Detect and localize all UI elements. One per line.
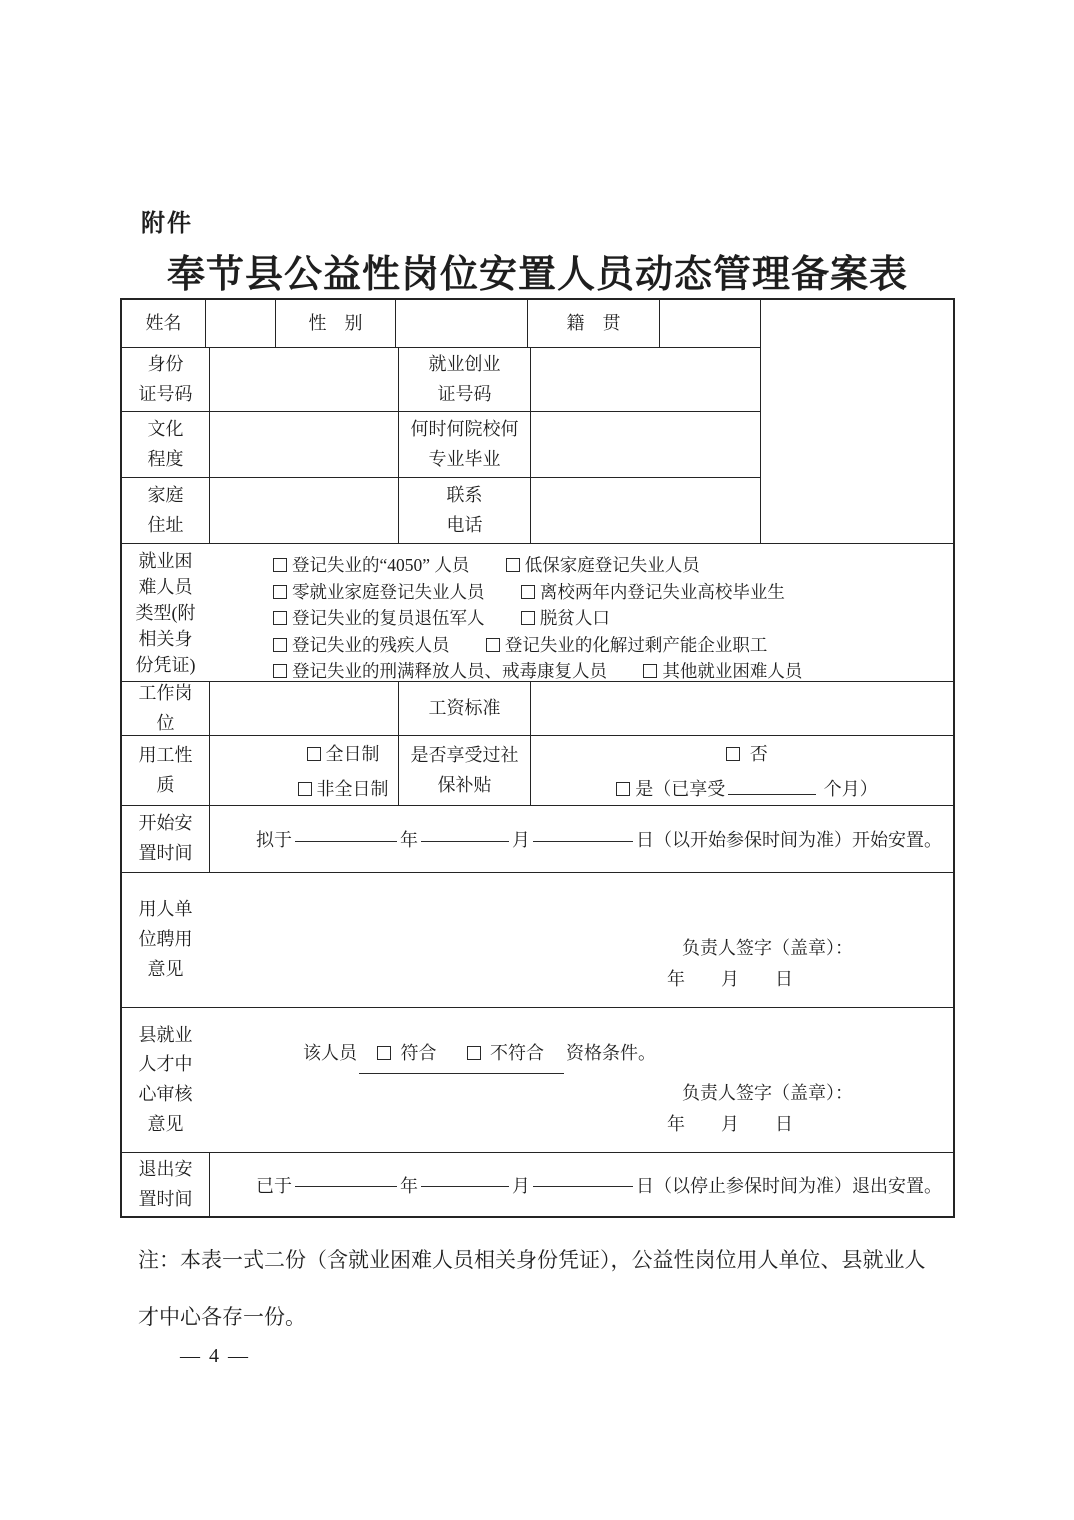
employment-cert-label: 就业创业 证号码 <box>398 348 530 411</box>
row-job-salary: 工作岗 位 工资标准 <box>122 681 953 735</box>
exit-year-blank[interactable] <box>295 1182 397 1187</box>
row-start-time: 开始安 置时间 拟于年月日（以开始参保时间为准）开始安置。 <box>122 805 953 872</box>
checkbox-qualified-icon[interactable] <box>377 1046 391 1060</box>
start-month-label: 月 <box>512 826 530 852</box>
option-zero-employment-family: 零就业家庭登记失业人员 <box>292 582 485 602</box>
subsidy-no-label: 否 <box>750 744 768 764</box>
option-poverty-alleviated: 脱贫人口 <box>540 608 610 628</box>
row-work-nature: 用工性 质 全日制 非全日制 是否享受过社 保补贴 否 是（已享受 个月） <box>122 735 953 805</box>
row-id-numbers: 身份 证号码 就业创业 证号码 <box>122 347 760 411</box>
work-nature-label: 用工性 质 <box>122 736 209 805</box>
start-year-label: 年 <box>400 826 418 852</box>
start-day-blank[interactable] <box>533 837 633 842</box>
checkbox-poverty-alleviated-icon[interactable] <box>521 611 535 625</box>
native-place-label: 籍 贯 <box>527 300 659 347</box>
id-number-input-cell[interactable] <box>209 348 398 411</box>
review-sign-label: 负责人签字（盖章）： <box>209 1078 953 1109</box>
exit-month-blank[interactable] <box>421 1182 509 1187</box>
review-date-label: 年 月 日 <box>209 1109 953 1140</box>
not-qualified-label: 不符合 <box>490 1043 544 1063</box>
checkbox-zero-employment-family-icon[interactable] <box>273 585 287 599</box>
subsidy-question-label: 是否享受过社 保补贴 <box>398 736 530 805</box>
exit-day-blank[interactable] <box>533 1182 633 1187</box>
exit-suffix: 日（以停止参保时间为准）退出安置。 <box>636 1172 942 1198</box>
checkbox-part-time-icon[interactable] <box>298 782 312 796</box>
difficulty-line: 登记失业的刑满释放人员、戒毒康复人员 其他就业困难人员 <box>273 658 953 685</box>
checkbox-lowincome-family-icon[interactable] <box>506 558 520 572</box>
start-suffix: 日（以开始参保时间为准）开始安置。 <box>636 826 942 852</box>
name-input-cell[interactable] <box>205 300 275 347</box>
checkbox-full-time-icon[interactable] <box>307 747 321 761</box>
salary-standard-label: 工资标准 <box>398 682 530 735</box>
full-time-option: 全日制 <box>307 740 380 766</box>
top-section: 姓名 性 别 籍 贯 身份 证号码 就业创业 证号码 文化 程度 <box>122 300 953 543</box>
difficulty-line: 登记失业的残疾人员 登记失业的化解过剩产能企业职工 <box>273 632 953 659</box>
id-number-label: 身份 证号码 <box>122 348 209 411</box>
full-time-label: 全日制 <box>326 744 380 764</box>
start-time-content: 拟于年月日（以开始参保时间为准）开始安置。 <box>209 806 953 872</box>
review-suffix: 资格条件。 <box>566 1043 656 1063</box>
center-review-label: 县就业 人才中 心审核 意见 <box>122 1008 209 1152</box>
checkbox-other-difficulty-icon[interactable] <box>643 664 657 678</box>
option-other-difficulty: 其他就业困难人员 <box>662 661 802 681</box>
address-label: 家庭 住址 <box>122 478 209 543</box>
footnote-line1: 注：本表一式二份（含就业困难人员相关身份凭证），公益性岗位用人单位、县就业人 <box>138 1232 958 1289</box>
checkbox-overcapacity-worker-icon[interactable] <box>486 638 500 652</box>
document-page: 附件 奉节县公益性岗位安置人员动态管理备案表 姓名 性 别 籍 贯 身份 证号码 <box>0 0 1074 1520</box>
option-overcapacity-worker: 登记失业的化解过剩产能企业职工 <box>505 635 768 655</box>
education-label: 文化 程度 <box>122 412 209 477</box>
address-input-cell[interactable] <box>209 478 398 543</box>
option-lowincome-family: 低保家庭登记失业人员 <box>525 555 700 575</box>
work-nature-options: 全日制 非全日制 <box>209 736 398 805</box>
row-name-gender-native: 姓名 性 别 籍 贯 <box>122 300 760 347</box>
subsidy-months-blank[interactable] <box>728 790 816 795</box>
row-education: 文化 程度 何时何院校何 专业毕业 <box>122 411 760 477</box>
checkbox-disabled-icon[interactable] <box>273 638 287 652</box>
phone-input-cell[interactable] <box>530 478 760 543</box>
checkbox-subsidy-yes-icon[interactable] <box>616 782 630 796</box>
start-time-label: 开始安 置时间 <box>122 806 209 872</box>
subsidy-no-option: 否 <box>726 740 768 766</box>
row-address-phone: 家庭 住址 联系 电话 <box>122 477 760 543</box>
checkbox-released-rehab-icon[interactable] <box>273 664 287 678</box>
exit-time-content: 已于年月日（以停止参保时间为准）退出安置。 <box>209 1153 953 1216</box>
gender-input-cell[interactable] <box>395 300 527 347</box>
checkbox-subsidy-no-icon[interactable] <box>726 747 740 761</box>
difficulty-line: 零就业家庭登记失业人员 离校两年内登记失业高校毕业生 <box>273 579 953 606</box>
graduation-label: 何时何院校何 专业毕业 <box>398 412 530 477</box>
option-disabled: 登记失业的残疾人员 <box>292 635 450 655</box>
difficulty-line: 登记失业的复员退伍军人 脱贫人口 <box>273 605 953 632</box>
qualified-label: 符合 <box>401 1043 437 1063</box>
exit-year-label: 年 <box>400 1172 418 1198</box>
start-prefix: 拟于 <box>256 826 292 852</box>
review-statement: 该人员 符合 不符合资格条件。 <box>209 1036 953 1074</box>
form-table: 姓名 性 别 籍 贯 身份 证号码 就业创业 证号码 文化 程度 <box>120 298 955 1218</box>
name-label: 姓名 <box>122 300 205 347</box>
subsidy-yes-suffix: 个月） <box>824 779 878 799</box>
subsidy-yes-option: 是（已享受 个月） <box>616 775 878 801</box>
employment-cert-input-cell[interactable] <box>530 348 760 411</box>
start-year-blank[interactable] <box>295 837 397 842</box>
difficulty-type-label: 就业困 难人员 类型(附 相关身 份凭证) <box>122 544 209 681</box>
checkbox-not-qualified-icon[interactable] <box>467 1046 481 1060</box>
checkbox-veteran-icon[interactable] <box>273 611 287 625</box>
native-place-input-cell[interactable] <box>659 300 760 347</box>
center-review-cell[interactable]: 该人员 符合 不符合资格条件。 负责人签字（盖章）： 年 月 日 <box>209 1008 953 1152</box>
attachment-label: 附件 <box>141 203 193 238</box>
job-position-label: 工作岗 位 <box>122 682 209 735</box>
exit-prefix: 已于 <box>256 1172 292 1198</box>
employer-date-label: 年 月 日 <box>209 964 953 995</box>
option-released-rehab: 登记失业的刑满释放人员、戒毒康复人员 <box>292 661 607 681</box>
graduation-input-cell[interactable] <box>530 412 760 477</box>
difficulty-line: 登记失业的“4050” 人员 低保家庭登记失业人员 <box>273 552 953 579</box>
checkbox-recent-graduate-icon[interactable] <box>521 585 535 599</box>
exit-month-label: 月 <box>512 1172 530 1198</box>
photo-area <box>760 300 953 543</box>
row-employer-opinion: 用人单 位聘用 意见 负责人签字（盖章）： 年 月 日 <box>122 872 953 1007</box>
difficulty-options: 登记失业的“4050” 人员 低保家庭登记失业人员 零就业家庭登记失业人员 离校… <box>209 544 953 681</box>
phone-label: 联系 电话 <box>398 478 530 543</box>
option-registered-4050: 登记失业的“4050” 人员 <box>292 555 469 575</box>
page-title: 奉节县公益性岗位安置人员动态管理备案表 <box>120 243 955 298</box>
subsidy-answer-cell: 否 是（已享受 个月） <box>530 736 953 805</box>
review-choice-blank: 符合 不符合 <box>359 1036 564 1074</box>
checkbox-registered-4050-icon[interactable] <box>273 558 287 572</box>
footnote: 注：本表一式二份（含就业困难人员相关身份凭证），公益性岗位用人单位、县就业人 才… <box>138 1232 958 1346</box>
employer-opinion-cell[interactable]: 负责人签字（盖章）： 年 月 日 <box>209 873 953 1007</box>
start-month-blank[interactable] <box>421 837 509 842</box>
option-recent-graduate: 离校两年内登记失业高校毕业生 <box>540 582 785 602</box>
row-center-review: 县就业 人才中 心审核 意见 该人员 符合 不符合资格条件。 负责人签字（盖章）… <box>122 1007 953 1152</box>
page-number: — 4 — <box>180 1345 250 1368</box>
salary-input-cell[interactable] <box>530 682 953 735</box>
review-prefix: 该人员 <box>303 1043 357 1063</box>
row-difficulty-type: 就业困 难人员 类型(附 相关身 份凭证) 登记失业的“4050” 人员 低保家… <box>122 543 953 681</box>
exit-time-label: 退出安 置时间 <box>122 1153 209 1216</box>
employer-opinion-label: 用人单 位聘用 意见 <box>122 873 209 1007</box>
footnote-line2: 才中心各存一份。 <box>138 1289 958 1346</box>
part-time-label: 非全日制 <box>317 779 389 799</box>
option-veteran: 登记失业的复员退伍军人 <box>292 608 485 628</box>
gender-label: 性 别 <box>275 300 395 347</box>
job-position-input-cell[interactable] <box>209 682 398 735</box>
subsidy-yes-prefix: 是（已享受 <box>635 779 725 799</box>
employer-sign-label: 负责人签字（盖章）： <box>209 933 953 964</box>
part-time-option: 非全日制 <box>298 775 389 801</box>
education-input-cell[interactable] <box>209 412 398 477</box>
row-exit-time: 退出安 置时间 已于年月日（以停止参保时间为准）退出安置。 <box>122 1152 953 1216</box>
